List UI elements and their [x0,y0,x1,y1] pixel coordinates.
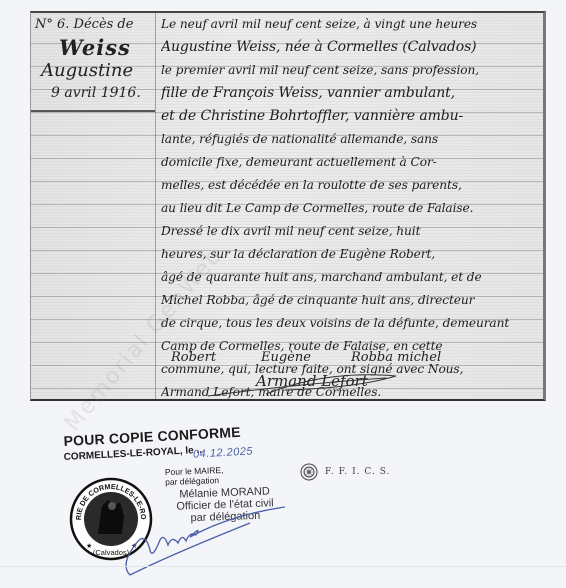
signatures-block: Robert Eugène Robba michel Armand Lefort [161,348,537,398]
ffics-stamp: F. F. I. C. S. [300,463,390,481]
ffics-emblem-icon [300,463,318,481]
deceased-given-name: Augustine [35,59,153,82]
act-line: Dressé le dix avril mil neuf cent seize,… [161,220,537,243]
act-line: au lieu dit Le Camp de Cormelles, route … [161,197,537,220]
act-line: de cirque, tous les deux voisins de la d… [161,312,537,335]
margin-column: N° 6. Décès de Weiss Augustine 9 avril 1… [31,13,156,399]
signature-robba: Robba michel [351,350,441,365]
act-line: lante, réfugiés de nationalité allemande… [161,128,537,151]
handwritten-signature-icon [90,505,290,580]
civil-register-scan: N° 6. Décès de Weiss Augustine 9 avril 1… [30,11,546,401]
act-line: Augustine Weiss, née à Cormelles (Calvad… [161,36,537,59]
signature-witness-robert: Robert [171,350,216,365]
act-line: melles, est décédée en la roulotte de se… [161,174,537,197]
act-line: heures, sur la déclaration de Eugène Rob… [161,243,537,266]
mayor-delegation: Pour le MAIRE, par délégation [165,465,224,487]
margin-divider [31,110,155,112]
signature-eugene: Eugène [261,350,311,365]
certified-copy-title: POUR COPIE CONFORME [63,424,241,449]
signature-mayor: Armand Lefort [256,372,368,390]
margin-entry: N° 6. Décès de Weiss Augustine 9 avril 1… [35,13,153,105]
act-line: âgé de quarante huit ans, marchand ambul… [161,266,537,289]
act-line: fille de François Weiss, vannier ambulan… [161,82,537,105]
act-line: Le neuf avril mil neuf cent seize, à vin… [161,13,537,36]
signature-flourish-icon [206,366,466,401]
deceased-surname: Weiss [35,36,153,59]
death-date: 9 avril 1916. [35,82,153,105]
ffics-label: F. F. I. C. S. [325,467,390,477]
act-line: et de Christine Bohrtoffler, vannière am… [161,105,537,128]
act-body: Le neuf avril mil neuf cent seize, à vin… [161,13,537,401]
delegation-line: par délégation [165,475,224,487]
act-line: domicile fixe, demeurant actuellement à … [161,151,537,174]
officer-signature [90,505,290,584]
paper-fold-line [0,566,566,567]
certification-date: 04.12.2025 [193,445,254,460]
act-line: le premier avril mil neuf cent seize, sa… [161,59,537,82]
act-line: Michel Robba, âgé de cinquante huit ans,… [161,289,537,312]
act-number: N° 6. Décès de [35,13,153,36]
